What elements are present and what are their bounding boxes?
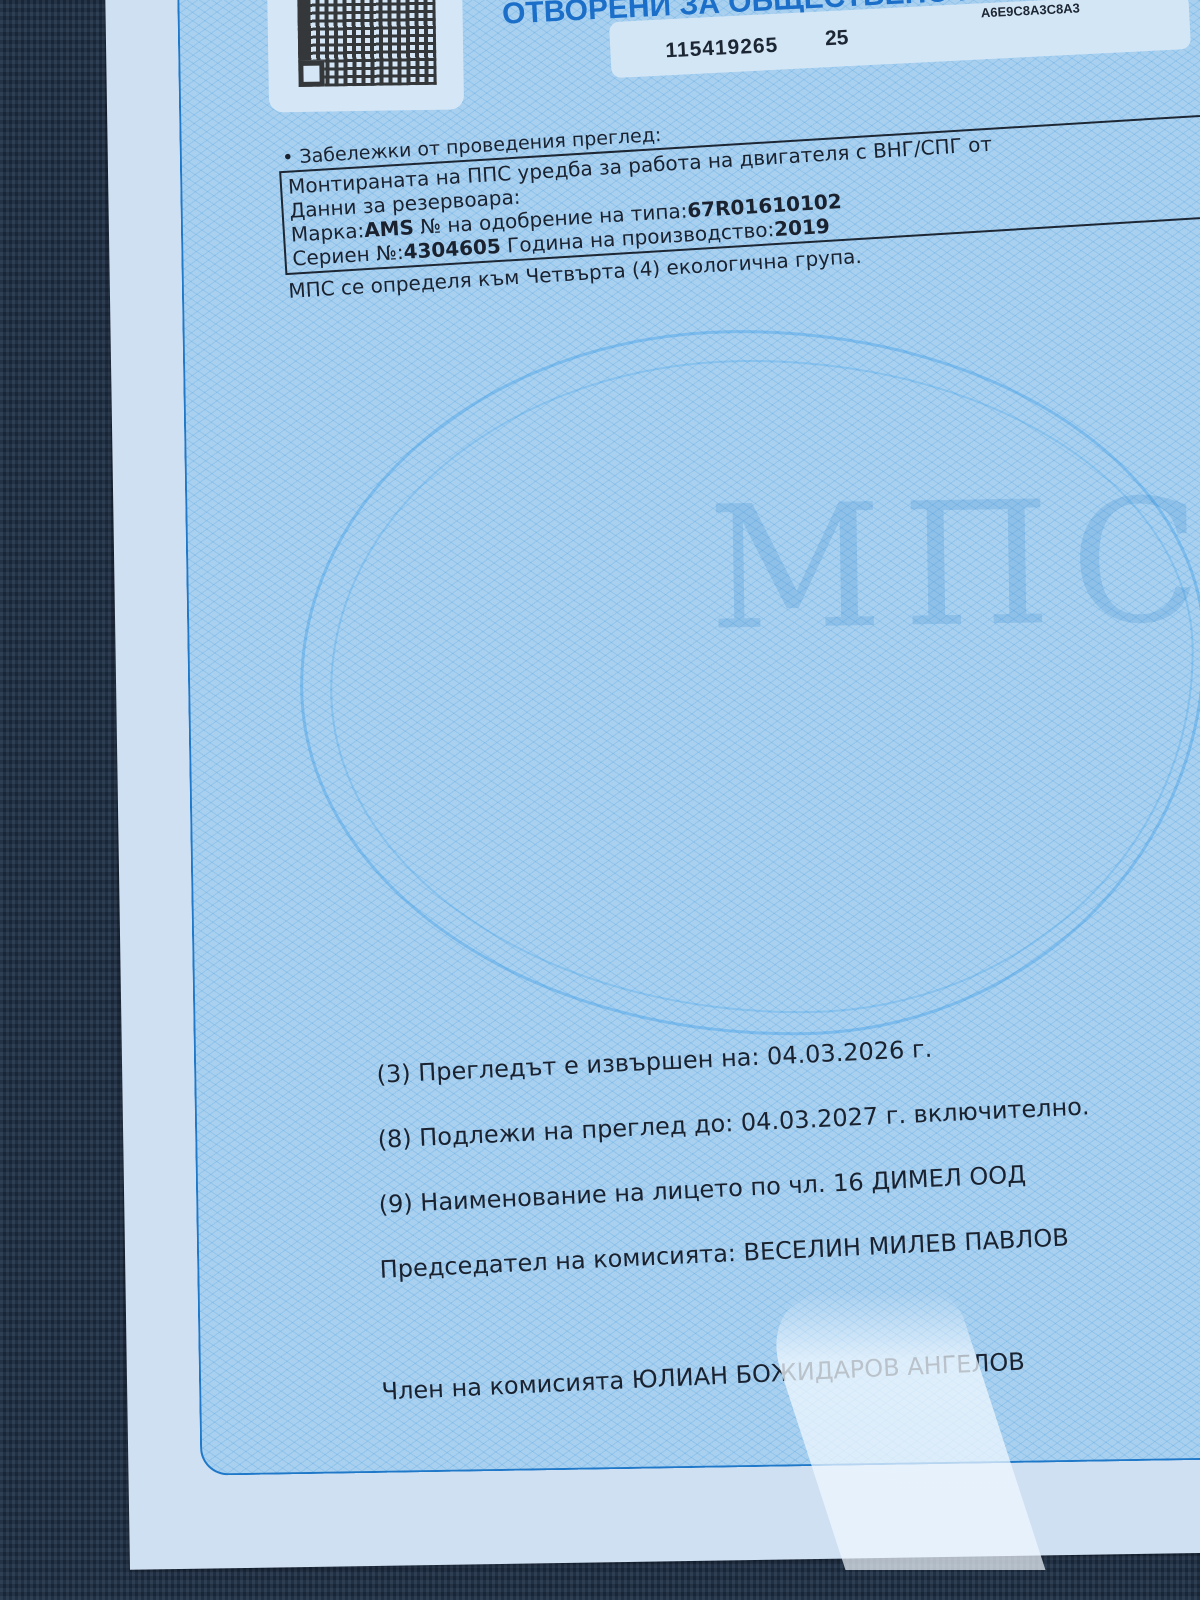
production-year: 2019 — [773, 214, 830, 241]
inspection-certificate-paper: МПС ДОПУСКА ДО ДВИЖЕНИЕ ПО ПЪТИЩАТА, ОТВ… — [105, 0, 1200, 1570]
entity-line: (9) Наименование на лицето по чл. 16 ДИМ… — [378, 1160, 1026, 1218]
qr-code-icon — [297, 0, 437, 87]
chairman-line: Председател на комисията: ВЕСЕЛИН МИЛЕВ … — [379, 1223, 1069, 1283]
registration-number: 115419265 — [665, 34, 779, 64]
hash-code: A6E9C8A3C8A3 — [981, 0, 1081, 20]
watermark: МПС — [707, 463, 1200, 669]
notes-section: • Забележки от проведения преглед: Монти… — [278, 86, 1200, 303]
inspection-date-line: (3) Прегледът е извършен на: 04.03.2026 … — [376, 1035, 933, 1089]
tank-brand: AMS — [363, 215, 414, 242]
registration-suffix: 25 — [824, 26, 849, 51]
member-line: Член на комисията ЮЛИАН БОЖИДАРОВ АНГЕЛО… — [381, 1348, 1025, 1406]
next-inspection-line: (8) Подлежи на преглед до: 04.03.2027 г.… — [377, 1092, 1090, 1154]
tank-serial-number: 4304605 — [403, 234, 502, 264]
certificate-panel: МПС ДОПУСКА ДО ДВИЖЕНИЕ ПО ПЪТИЩАТА, ОТВ… — [177, 0, 1200, 1476]
